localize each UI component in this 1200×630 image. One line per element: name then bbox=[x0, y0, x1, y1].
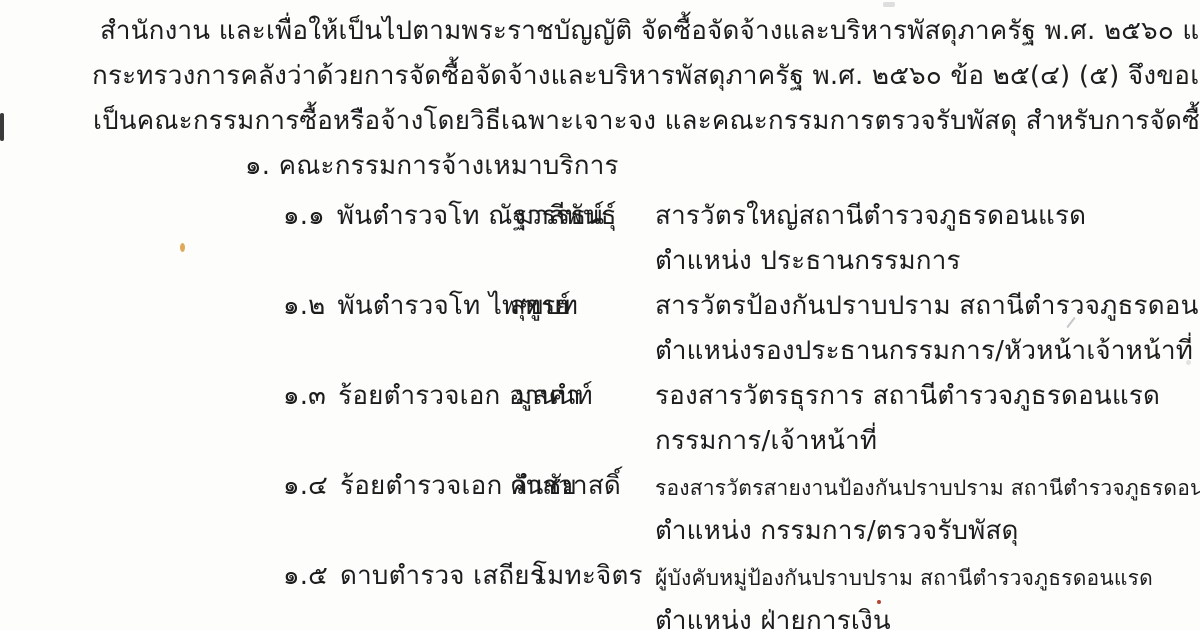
member-number: ๑.๕ bbox=[283, 561, 328, 591]
member-role: กรรมการ/เจ้าหน้าที่ bbox=[655, 424, 877, 458]
member-number: ๑.๓ bbox=[283, 381, 326, 411]
intro-line-2: กระทรวงการคลังว่าด้วยการจัดซื้อจัดจ้างแล… bbox=[92, 59, 1200, 93]
member-name: ๑.๕ดาบตำรวจ เสถียร bbox=[283, 559, 544, 593]
member-position: สารวัตรป้องกันปราบปราม สถานีตำรวจภูธรดอน… bbox=[655, 289, 1200, 323]
member-number: ๑.๒ bbox=[283, 291, 326, 321]
scan-artifact bbox=[883, 2, 895, 7]
member-surname: มาลีพันธุ์ bbox=[517, 199, 617, 233]
member-position: รองสารวัตรธุรการ สถานีตำรวจภูธรดอนแรด bbox=[655, 379, 1160, 413]
member-role: ตำแหน่ง กรรมการ/ตรวจรับพัสดุ bbox=[655, 514, 1019, 548]
member-position: รองสารวัตรสายงานป้องกันปราบปราม สถานีตำร… bbox=[655, 474, 1200, 502]
section-heading: ๑. คณะกรรมการจ้างเหมาบริการ bbox=[245, 149, 619, 183]
member-number: ๑.๔ bbox=[283, 471, 328, 501]
scan-artifact bbox=[180, 243, 185, 252]
member-role: ตำแหน่งรองประธานกรรมการ/หัวหน้าเจ้าหน้าท… bbox=[655, 334, 1193, 368]
member-role: ตำแหน่ง ฝ่ายการเงิน bbox=[655, 604, 891, 630]
intro-line-3: เป็นคณะกรรมการซื้อหรือจ้างโดยวิธีเฉพาะเจ… bbox=[93, 104, 1200, 138]
intro-line-1: สำนักงาน และเพื่อให้เป็นไปตามพระราชบัญญั… bbox=[100, 14, 1200, 48]
member-surname: คำสวาสดิ์ bbox=[510, 469, 621, 503]
member-surname: มูลคำ bbox=[515, 379, 581, 413]
member-position: ผู้บังคับหมู่ป้องกันปราบปราม สถานีตำรวจภ… bbox=[655, 564, 1153, 592]
member-role: ตำแหน่ง ประธานกรรมการ bbox=[655, 244, 961, 278]
document-page: สำนักงาน และเพื่อให้เป็นไปตามพระราชบัญญั… bbox=[0, 0, 1200, 630]
member-surname: โมทะจิตร bbox=[533, 559, 643, 593]
member-surname: สุขบท bbox=[510, 289, 578, 323]
member-rank-name: ดาบตำรวจ เสถียร bbox=[340, 559, 544, 593]
member-position: สารวัตรใหญ่สถานีตำรวจภูธรดอนแรด bbox=[655, 199, 1086, 233]
member-number: ๑.๑ bbox=[283, 201, 325, 231]
scan-artifact bbox=[0, 113, 4, 141]
